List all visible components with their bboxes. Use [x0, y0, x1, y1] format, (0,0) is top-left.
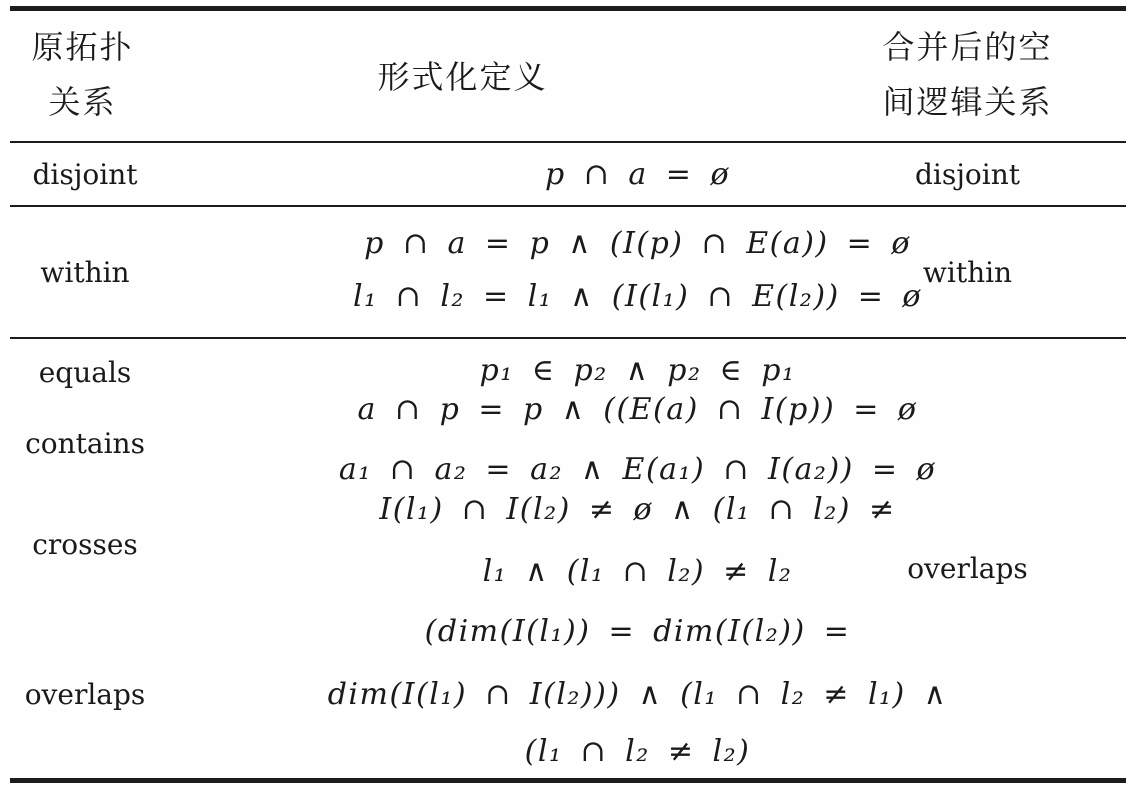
column-header-line: 原拓扑 — [10, 20, 155, 75]
column-header-line: 形式化定义 — [170, 57, 755, 97]
within-row-bottom-rule — [10, 337, 1126, 339]
formula-line: a₁ ∩ a₂ = a₂ ∧ E(a₁) ∩ I(a₂)) = ø — [170, 451, 1105, 489]
topology-relations-table: 原拓扑 关系 形式化定义 合并后的空 间逻辑关系 disjoint p ∩ a … — [0, 0, 1136, 800]
formula-line: a ∩ p = p ∧ ((E(a) ∩ I(p)) = ø — [170, 391, 1105, 429]
relation-label-within: within — [10, 254, 160, 292]
relation-label-crosses: crosses — [10, 526, 160, 564]
formula-line: (dim(I(l₁)) = dim(I(l₂)) = — [170, 613, 1105, 651]
column-header-line: 合并后的空 — [790, 20, 1136, 75]
merged-relation-label-overlaps: overlaps — [790, 550, 1136, 588]
column-header-line: 间逻辑关系 — [790, 75, 1136, 130]
column-header-original-topology-relation: 原拓扑 关系 — [10, 20, 155, 130]
column-header-merged-spatial-logic-relation: 合并后的空 间逻辑关系 — [790, 20, 1136, 130]
disjoint-row-bottom-rule — [10, 205, 1126, 207]
column-header-formal-definition: 形式化定义 — [170, 57, 755, 97]
formula-line: I(l₁) ∩ I(l₂) ≠ ø ∧ (l₁ ∩ l₂) ≠ — [170, 491, 1105, 529]
merged-relation-label-within: within — [790, 254, 1136, 292]
formula-line: p₁ ∈ p₂ ∧ p₂ ∈ p₁ — [170, 352, 1105, 390]
header-bottom-rule — [10, 141, 1126, 143]
relation-label-contains: contains — [10, 425, 160, 463]
relation-label-equals: equals — [10, 354, 160, 392]
relation-label-disjoint: disjoint — [10, 156, 160, 194]
column-header-line: 关系 — [10, 75, 155, 130]
relation-label-overlaps: overlaps — [10, 676, 160, 714]
table-bottom-border — [10, 778, 1126, 783]
table-top-border — [10, 6, 1126, 11]
merged-relation-label-disjoint: disjoint — [790, 156, 1136, 194]
formula-line: (l₁ ∩ l₂ ≠ l₂) — [170, 733, 1105, 771]
formula-line: dim(I(l₁) ∩ I(l₂))) ∧ (l₁ ∩ l₂ ≠ l₁) ∧ — [170, 676, 1105, 714]
